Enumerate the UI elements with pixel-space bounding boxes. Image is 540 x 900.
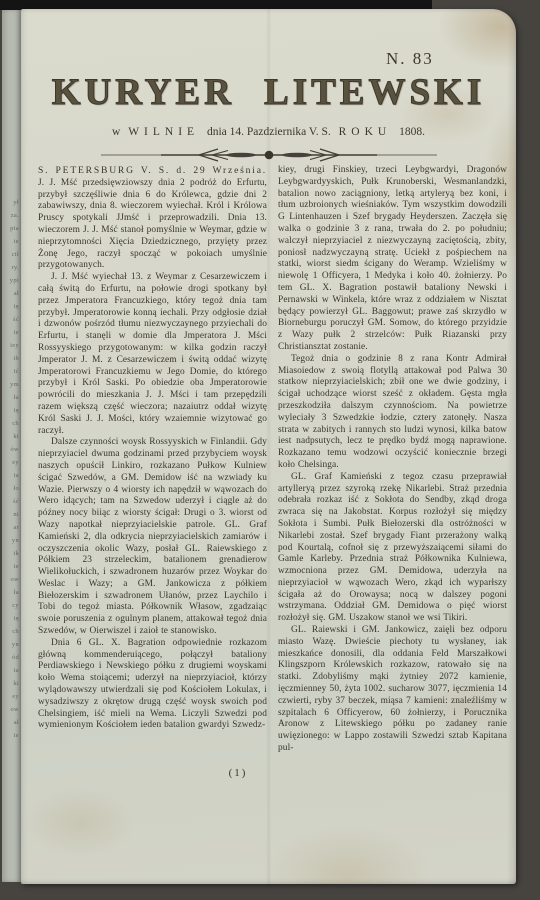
edge-text-fragment: ię bbox=[2, 300, 19, 313]
article-dateline-lead: S. PETERSBURG V. S. d. 29 Września. bbox=[38, 165, 267, 176]
dateline-roku-label: ROKU bbox=[339, 126, 392, 138]
edge-text-fragment: ym bbox=[2, 378, 19, 391]
paragraph: Dnia 6 GL. X. Bagration odpowiednie rozk… bbox=[38, 638, 267, 732]
edge-text-fragment: ch bbox=[2, 417, 19, 430]
edge-text-fragment: cił bbox=[2, 248, 19, 261]
newspaper-page: N. 83 KURYER LITEWSKI w WILNIE dnia 14. … bbox=[21, 9, 516, 884]
edge-text-fragment: ło bbox=[2, 482, 19, 495]
edge-text-fragment: ey bbox=[2, 690, 19, 703]
edge-text-fragment: ść bbox=[2, 495, 19, 508]
edge-text-fragment: ie bbox=[2, 326, 19, 339]
paragraph: kiey, drugi Finskiey, trzeci Leybgwardyi… bbox=[278, 165, 507, 354]
edge-text-fragment: ki bbox=[2, 677, 19, 690]
paragraph: J. J. Mść wyiechał 13. z Weymar z Cesarz… bbox=[38, 272, 267, 437]
dateline: w WILNIE dnia 14. Pazdziernika V. S. ROK… bbox=[21, 126, 516, 138]
edge-text-fragment: ypi bbox=[2, 274, 19, 287]
edge-text-fragment: ię bbox=[2, 612, 19, 625]
masthead-title: KURYER LITEWSKI bbox=[21, 71, 516, 114]
edge-text-fragment: ni bbox=[2, 508, 19, 521]
edge-text-fragment: ał bbox=[2, 716, 19, 729]
edge-text-fragment: ow bbox=[2, 573, 19, 586]
paragraph: S. PETERSBURG V. S. d. 29 Września. J. J… bbox=[38, 165, 267, 272]
edge-text-fragment: ry. bbox=[2, 261, 19, 274]
edge-text-fragment: pia bbox=[2, 222, 19, 235]
left-column: S. PETERSBURG V. S. d. 29 Września. J. J… bbox=[38, 165, 267, 732]
dateline-city: WILNIE bbox=[128, 126, 199, 138]
paragraph: Dalsze czynności woysk Rossyyskich w Fin… bbox=[38, 437, 267, 638]
edge-text-fragment: ie bbox=[2, 560, 19, 573]
edge-text-fragment: ył bbox=[2, 196, 19, 209]
paragraph: GL. Raiewski i GM. Jankowicz, zaięli bez… bbox=[278, 625, 507, 755]
edge-text-fragment: ar bbox=[2, 521, 19, 534]
dateline-prefix: w bbox=[112, 126, 120, 138]
edge-text-fragment: ów bbox=[2, 443, 19, 456]
edge-text-fragment: ie bbox=[2, 235, 19, 248]
edge-text-fragment: ey bbox=[2, 456, 19, 469]
edge-text-fragment: ię bbox=[2, 404, 19, 417]
edge-text-fragment: ić bbox=[2, 365, 19, 378]
edge-text-fragment: ik bbox=[2, 547, 19, 560]
edge-text-fragment: ia bbox=[2, 664, 19, 677]
edge-text-fragment: ki bbox=[2, 430, 19, 443]
edge-text-fragment: ła bbox=[2, 586, 19, 599]
divider-ornament-icon bbox=[99, 147, 439, 163]
dateline-year: 1808. bbox=[399, 126, 425, 138]
dateline-date: dnia 14. Pazdziernika V. S. bbox=[207, 126, 331, 138]
edge-text-fragment: ib bbox=[2, 352, 19, 365]
edge-text-fragment: ia bbox=[2, 469, 19, 482]
adjacent-page-edge: yłza.piaieciłry.ypiałięśćieieyibićymłaię… bbox=[2, 10, 21, 882]
edge-text-fragment: ow bbox=[2, 703, 19, 716]
paragraph: GL. Graf Kamieński z tegoz czasu przepra… bbox=[278, 472, 507, 625]
edge-text-fragment: za. bbox=[2, 209, 19, 222]
edge-text-fragment: ść bbox=[2, 313, 19, 326]
edge-text-fragment: iey bbox=[2, 339, 19, 352]
edge-text-fragment: ła bbox=[2, 391, 19, 404]
edge-text-fragment: yn bbox=[2, 534, 19, 547]
paragraph: Tegoż dnia o godzinie 8 z rana Kontr Adm… bbox=[278, 354, 507, 472]
edge-text-fragment: yn bbox=[2, 638, 19, 651]
edge-text-fragment: ał bbox=[2, 287, 19, 300]
right-column: kiey, drugi Finskiey, trzeci Leybgwardyi… bbox=[278, 165, 507, 755]
page-number: (1) bbox=[203, 767, 273, 779]
edge-text-fragment: ch bbox=[2, 625, 19, 638]
edge-text-fragment: cy bbox=[2, 599, 19, 612]
edge-text-fragment: ie bbox=[2, 729, 19, 742]
edge-text-fragment: ód bbox=[2, 651, 19, 664]
issue-number: N. 83 bbox=[386, 49, 496, 69]
